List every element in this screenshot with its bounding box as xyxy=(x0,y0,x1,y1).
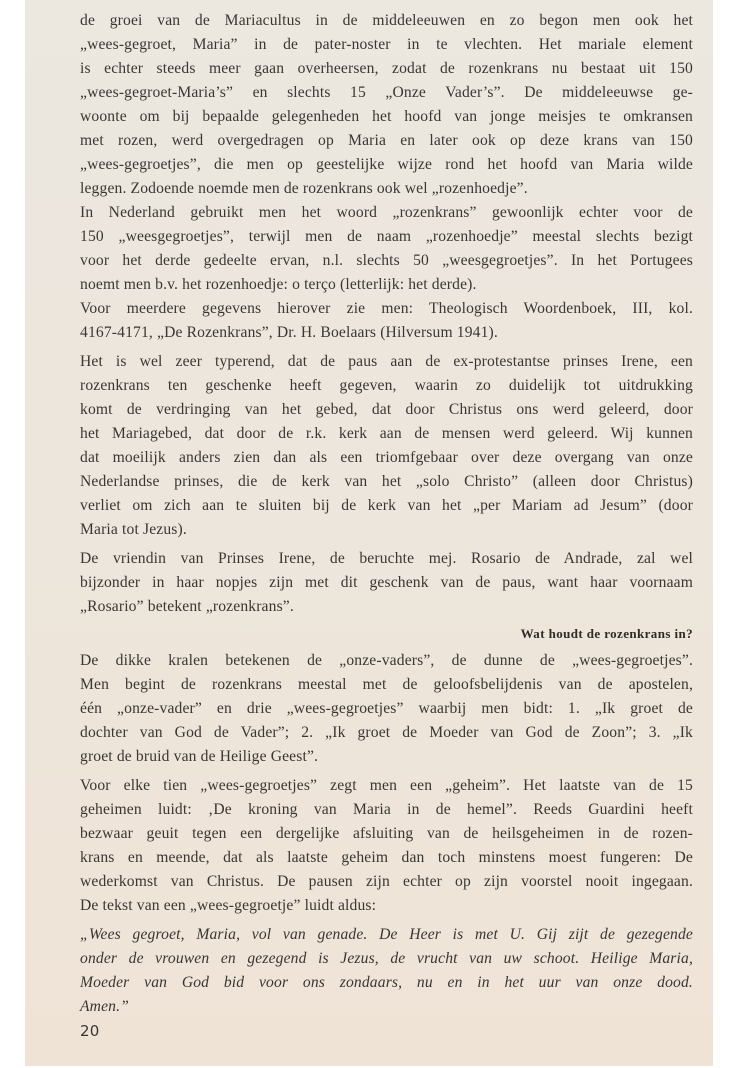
text-line: Amen.” xyxy=(80,995,693,1019)
paragraph-geheimen: Voor elke tien „wees-gegroetjes” zegt me… xyxy=(80,774,693,918)
text-line: wederkomst van Christus. De pausen zijn … xyxy=(80,870,693,894)
text-line: de groei van de Mariacultus in de middel… xyxy=(80,9,693,33)
text-line: met rozen, werd overgedragen op Maria en… xyxy=(80,129,693,153)
page-number: 20 xyxy=(80,1019,693,1043)
text-line: dochter van God de Vader”; 2. „Ik groet … xyxy=(80,721,693,745)
text-line: één „onze-vader” en drie „wees-gegroetje… xyxy=(80,697,693,721)
prayer-quote: „Wees gegroet, Maria, vol van genade. De… xyxy=(80,923,693,1019)
text-line: Voor elke tien „wees-gegroetjes” zegt me… xyxy=(80,774,693,798)
text-line: groet de bruid van de Heilige Geest”. xyxy=(80,745,693,769)
text-line: krans en meende, dat als laatste geheim … xyxy=(80,846,693,870)
text-line: komt de verdringing van het gebed, dat d… xyxy=(80,398,693,422)
text-line: 150 „weesgegroetjes”, terwijl men de naa… xyxy=(80,225,693,249)
text-line: Maria tot Jezus). xyxy=(80,518,693,542)
paragraph-prinses-irene: Het is wel zeer typerend, dat de paus aa… xyxy=(80,350,693,542)
paragraph-kralen: De dikke kralen betekenen de „onze-vader… xyxy=(80,649,693,769)
text-line: is echter steeds meer gaan overheersen, … xyxy=(80,57,693,81)
text-line: geheimen luidt: ‚De kroning van Maria in… xyxy=(80,798,693,822)
text-line: onder de vrouwen en gezegend is Jezus, d… xyxy=(80,947,693,971)
text-line: Men begint de rozenkrans meestal met de … xyxy=(80,673,693,697)
text-line: In Nederland gebruikt men het woord „roz… xyxy=(80,201,693,225)
text-line: rozenkrans ten geschenke heeft gegeven, … xyxy=(80,374,693,398)
text-line: bezwaar geuit tegen een dergelijke afslu… xyxy=(80,822,693,846)
text-line: „wees-gegroet, Maria” in de pater-noster… xyxy=(80,33,693,57)
text-line: „wees-gegroetjes”, die men op geestelijk… xyxy=(80,153,693,177)
text-line: leggen. Zodoende noemde men de rozenkran… xyxy=(80,177,693,201)
text-line: Het is wel zeer typerend, dat de paus aa… xyxy=(80,350,693,374)
text-line: het Mariagebed, dat door de r.k. kerk aa… xyxy=(80,422,693,446)
text-line: De vriendin van Prinses Irene, de beruch… xyxy=(80,547,693,571)
text-line: „wees-gegroet-Maria’s” en slechts 15 „On… xyxy=(80,81,693,105)
text-line: Voor meerdere gegevens hierover zie men:… xyxy=(80,297,693,321)
text-line: bijzonder in haar nopjes zijn met dit ge… xyxy=(80,571,693,595)
text-line: De tekst van een „wees-gegroetje” luidt … xyxy=(80,894,693,918)
text-line: 4167-4171, „De Rozenkrans”, Dr. H. Boela… xyxy=(80,321,693,345)
paragraph-reference: Voor meerdere gegevens hierover zie men:… xyxy=(80,297,693,345)
text-line: „Wees gegroet, Maria, vol van genade. De… xyxy=(80,923,693,947)
text-line: dat moeilijk anders zien dan als een tri… xyxy=(80,446,693,470)
text-line: Moeder van God bid voor ons zondaars, nu… xyxy=(80,971,693,995)
text-line: De dikke kralen betekenen de „onze-vader… xyxy=(80,649,693,673)
text-line: woonte om bij bepaalde gelegenheden het … xyxy=(80,105,693,129)
text-line: voor het derde gedeelte ervan, n.l. slec… xyxy=(80,249,693,273)
text-line: verliet om zich aan te sluiten bij de ke… xyxy=(80,494,693,518)
book-page: de groei van de Mariacultus in de middel… xyxy=(25,0,713,1066)
section-heading: Wat houdt de rozenkrans in? xyxy=(80,619,693,643)
text-line: noemt men b.v. het rozenhoedje: o terço … xyxy=(80,273,693,297)
text-line: „Rosario” betekent „rozenkrans”. xyxy=(80,595,693,619)
text-line: Nederlandse prinses, die de kerk van het… xyxy=(80,470,693,494)
paragraph-mariacultus: de groei van de Mariacultus in de middel… xyxy=(80,9,693,201)
page-text-body: de groei van de Mariacultus in de middel… xyxy=(80,9,693,1043)
paragraph-nederland: In Nederland gebruikt men het woord „roz… xyxy=(80,201,693,297)
paragraph-rosario: De vriendin van Prinses Irene, de beruch… xyxy=(80,547,693,619)
